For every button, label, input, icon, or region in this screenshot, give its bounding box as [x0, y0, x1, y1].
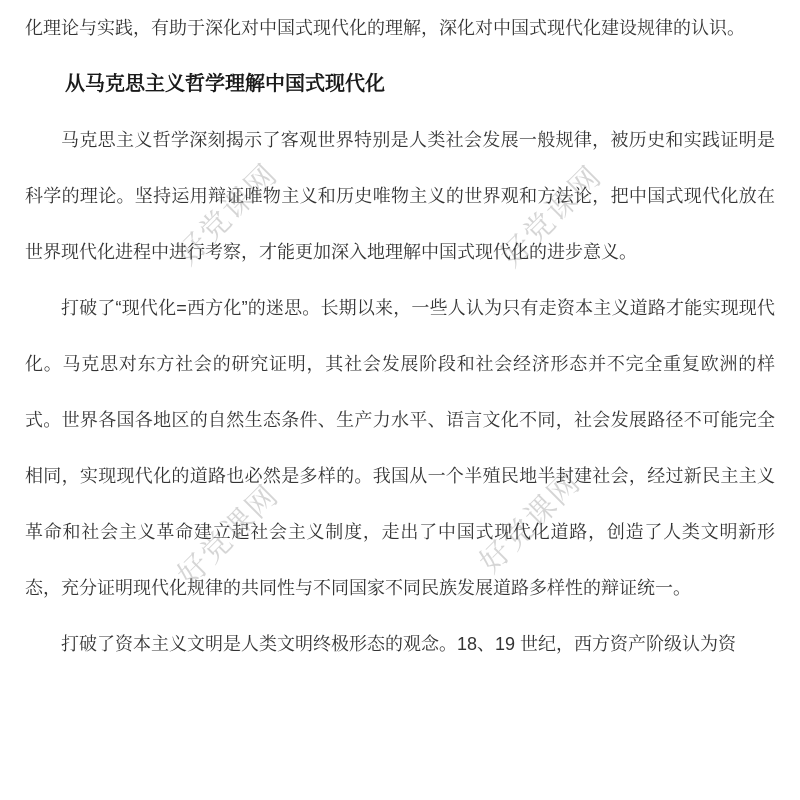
paragraph-continuation-line: 化理论与实践，有助于深化对中国式现代化的理解，深化对中国式现代化建设规律的认识。: [25, 0, 775, 56]
paragraph: 打破了资本主义文明是人类文明终极形态的观念。18、19 世纪，西方资产阶级认为资: [25, 616, 775, 672]
document-page: 好党课网 好党课网 好党课网 好党课网 化理论与实践，有助于深化对中国式现代化的…: [0, 0, 800, 800]
document-body: 化理论与实践，有助于深化对中国式现代化的理解，深化对中国式现代化建设规律的认识。…: [0, 0, 800, 672]
section-heading: 从马克思主义哲学理解中国式现代化: [25, 56, 775, 112]
paragraph: 打破了“现代化=西方化”的迷思。长期以来，一些人认为只有走资本主义道路才能实现现…: [25, 280, 775, 616]
paragraph: 马克思主义哲学深刻揭示了客观世界特别是人类社会发展一般规律，被历史和实践证明是科…: [25, 112, 775, 280]
